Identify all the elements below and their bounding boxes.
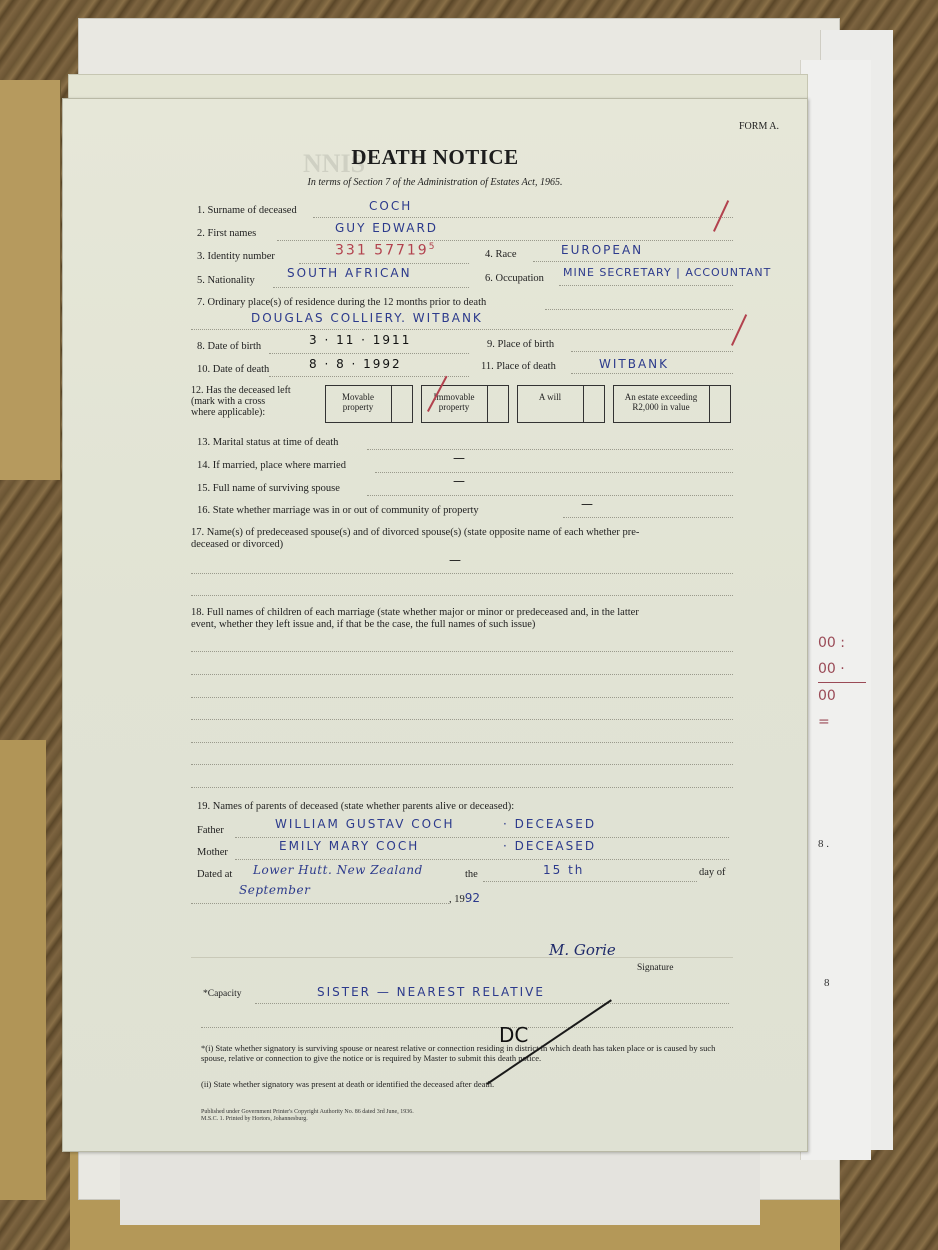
checkbox-label: An estate exceeding: [614, 392, 708, 402]
year-value[interactable]: 92: [465, 891, 480, 905]
check-cell[interactable]: [709, 386, 730, 422]
father-label: Father: [197, 825, 224, 836]
first-names-value[interactable]: GUY EDWARD: [335, 221, 438, 235]
field-9-line: [571, 351, 733, 352]
community-property-value[interactable]: —: [581, 497, 595, 511]
field-3-label: 3. Identity number: [197, 251, 275, 262]
field-2-line: [277, 240, 733, 241]
publisher-line: M.S.C. 1. Printed by Hortors, Johannesbu…: [201, 1116, 414, 1123]
the-label: the: [465, 869, 478, 880]
margin-number: 8: [824, 977, 830, 989]
field-11-line: [571, 373, 733, 374]
signature-label: Signature: [637, 963, 673, 973]
dated-day-value[interactable]: 15 th: [543, 863, 584, 877]
margin-note: 00 ·: [818, 656, 866, 683]
field-5-label: 5. Nationality: [197, 275, 255, 286]
field-4-line: [533, 261, 733, 262]
field-17-label-line: deceased or divorced): [191, 539, 639, 551]
capacity-line-2: [201, 1027, 733, 1028]
dated-month-value[interactable]: September: [239, 883, 310, 897]
field-7-line-2: [191, 329, 733, 330]
field-17-label-line: 17. Name(s) of predeceased spouse(s) and…: [191, 527, 639, 539]
margin-note: 00 :: [818, 630, 878, 656]
publisher-info: Published under Government Printer's Cop…: [201, 1109, 414, 1123]
field-16-line: [563, 517, 733, 518]
field-7-label: 7. Ordinary place(s) of residence during…: [197, 297, 486, 308]
field-10-line: [269, 376, 469, 377]
field-4-label: 4. Race: [485, 249, 517, 260]
document-subtitle: In terms of Section 7 of the Administrat…: [63, 177, 807, 188]
footnote-i: *(i) State whether signatory is survivin…: [201, 1043, 741, 1063]
margin-notes: 00 : 00 · 00 =: [818, 630, 878, 735]
form-label: FORM A.: [739, 121, 779, 132]
day-of-label: day of: [699, 867, 726, 878]
field-5-line: [273, 287, 469, 288]
field-3-line: [299, 263, 469, 264]
field-19-label: 19. Names of parents of deceased (state …: [197, 801, 514, 812]
checkbox-label: property: [326, 402, 390, 412]
surname-value[interactable]: COCH: [369, 199, 412, 213]
field-15-label: 15. Full name of surviving spouse: [197, 483, 340, 494]
margin-number: 8 .: [818, 838, 829, 850]
day-line: [483, 881, 697, 882]
field-8-label: 8. Date of birth: [197, 341, 261, 352]
checkbox-label: A will: [518, 392, 582, 402]
year-prefix: , 19: [449, 894, 465, 905]
will-checkbox[interactable]: A will: [517, 385, 605, 423]
mother-name-value[interactable]: EMILY MARY COCH: [279, 839, 419, 853]
field-14-label: 14. If married, place where married: [197, 460, 346, 471]
field-18-line: [191, 674, 733, 675]
estate-exceeding-checkbox[interactable]: An estate exceedingR2,000 in value: [613, 385, 731, 423]
field-10-label: 10. Date of death: [197, 364, 269, 375]
check-cell[interactable]: [391, 386, 412, 422]
field-16-label: 16. State whether marriage was in or out…: [197, 505, 479, 516]
field-13-line: [367, 449, 733, 450]
date-of-birth-value[interactable]: 3 · 11 · 1911: [309, 333, 411, 347]
dated-at-label: Dated at: [197, 869, 232, 880]
place-married-value[interactable]: —: [453, 451, 467, 465]
nationality-value[interactable]: SOUTH AFRICAN: [287, 266, 412, 280]
race-value[interactable]: EUROPEAN: [561, 243, 643, 257]
field-17-line: [191, 573, 733, 574]
field-11-label: 11. Place of death: [481, 361, 556, 372]
month-line: [191, 903, 449, 904]
field-8-line: [269, 353, 469, 354]
field-17-line: [191, 595, 733, 596]
footnote-ii: (ii) State whether signatory was present…: [201, 1079, 741, 1089]
father-line: [235, 837, 729, 838]
place-of-death-value[interactable]: WITBANK: [599, 357, 669, 371]
field-1-label: 1. Surname of deceased: [197, 205, 297, 216]
field-14-line: [375, 472, 733, 473]
field-12-label-line: (mark with a cross: [191, 396, 291, 407]
publisher-line: Published under Government Printer's Cop…: [201, 1109, 414, 1116]
identity-number-value[interactable]: 331 577195: [335, 242, 436, 259]
field-2-label: 2. First names: [197, 228, 256, 239]
field-18-label: 18. Full names of children of each marri…: [191, 607, 639, 631]
field-6-label: 6. Occupation: [485, 273, 544, 284]
surviving-spouse-value[interactable]: —: [453, 474, 467, 488]
father-name-value[interactable]: WILLIAM GUSTAV COCH: [275, 817, 454, 831]
field-6-line: [559, 285, 733, 286]
red-check-mark-icon: [713, 200, 729, 232]
dated-place-value[interactable]: Lower Hutt. New Zealand: [253, 863, 423, 877]
father-status-value[interactable]: · DECEASED: [503, 817, 596, 831]
manila-folder-left-lower: [0, 740, 46, 1200]
mother-line: [235, 859, 729, 860]
underlying-sheet-bottom: [120, 1150, 760, 1225]
capacity-label: *Capacity: [203, 989, 242, 999]
date-of-death-value[interactable]: 8 · 8 · 1992: [309, 357, 402, 371]
death-notice-form: NNIS FORM A. DEATH NOTICE In terms of Se…: [62, 98, 808, 1152]
checkbox-label: Movable: [326, 392, 390, 402]
mother-label: Mother: [197, 847, 228, 858]
red-check-mark-icon: [731, 314, 747, 346]
check-cell[interactable]: [487, 386, 508, 422]
check-cell[interactable]: [583, 386, 604, 422]
manila-folder-left: [0, 80, 61, 480]
capacity-value[interactable]: SISTER — NEAREST RELATIVE: [317, 985, 545, 999]
checkbox-label: R2,000 in value: [614, 402, 708, 412]
field-18-line: [191, 697, 733, 698]
signature-line: [191, 957, 733, 958]
movable-property-checkbox[interactable]: Movableproperty: [325, 385, 413, 423]
occupation-value[interactable]: MINE SECRETARY | ACCOUNTANT: [563, 266, 771, 279]
field-18-label-line: event, whether they left issue and, if t…: [191, 619, 639, 631]
margin-note: =: [818, 709, 878, 735]
year-field: , 1992: [449, 891, 480, 905]
field-18-line: [191, 719, 733, 720]
field-12-label: 12. Has the deceased left (mark with a c…: [191, 385, 291, 418]
field-18-line: [191, 742, 733, 743]
document-title: DEATH NOTICE: [63, 145, 807, 170]
field-9-label: 9. Place of birth: [487, 339, 554, 350]
field-12-label-line: 12. Has the deceased left: [191, 385, 291, 396]
field-13-label: 13. Marital status at time of death: [197, 437, 338, 448]
field-18-line: [191, 764, 733, 765]
field-18-label-line: 18. Full names of children of each marri…: [191, 607, 639, 619]
field-17-label: 17. Name(s) of predeceased spouse(s) and…: [191, 527, 639, 551]
margin-note: 00: [818, 683, 878, 709]
capacity-line: [255, 1003, 729, 1004]
immovable-property-checkbox[interactable]: Immovableproperty: [421, 385, 509, 423]
predeceased-spouse-value[interactable]: —: [449, 553, 463, 567]
residence-value[interactable]: DOUGLAS COLLIERY. WITBANK: [251, 311, 483, 325]
field-7-line: [545, 309, 733, 310]
field-18-line: [191, 787, 733, 788]
underlying-sheet-right-2: [800, 60, 871, 1160]
mother-status-value[interactable]: · DECEASED: [503, 839, 596, 853]
field-1-line: [313, 217, 733, 218]
initials-value: DC: [499, 1023, 528, 1047]
field-15-line: [367, 495, 733, 496]
field-12-label-line: where applicable):: [191, 407, 291, 418]
field-18-line: [191, 651, 733, 652]
